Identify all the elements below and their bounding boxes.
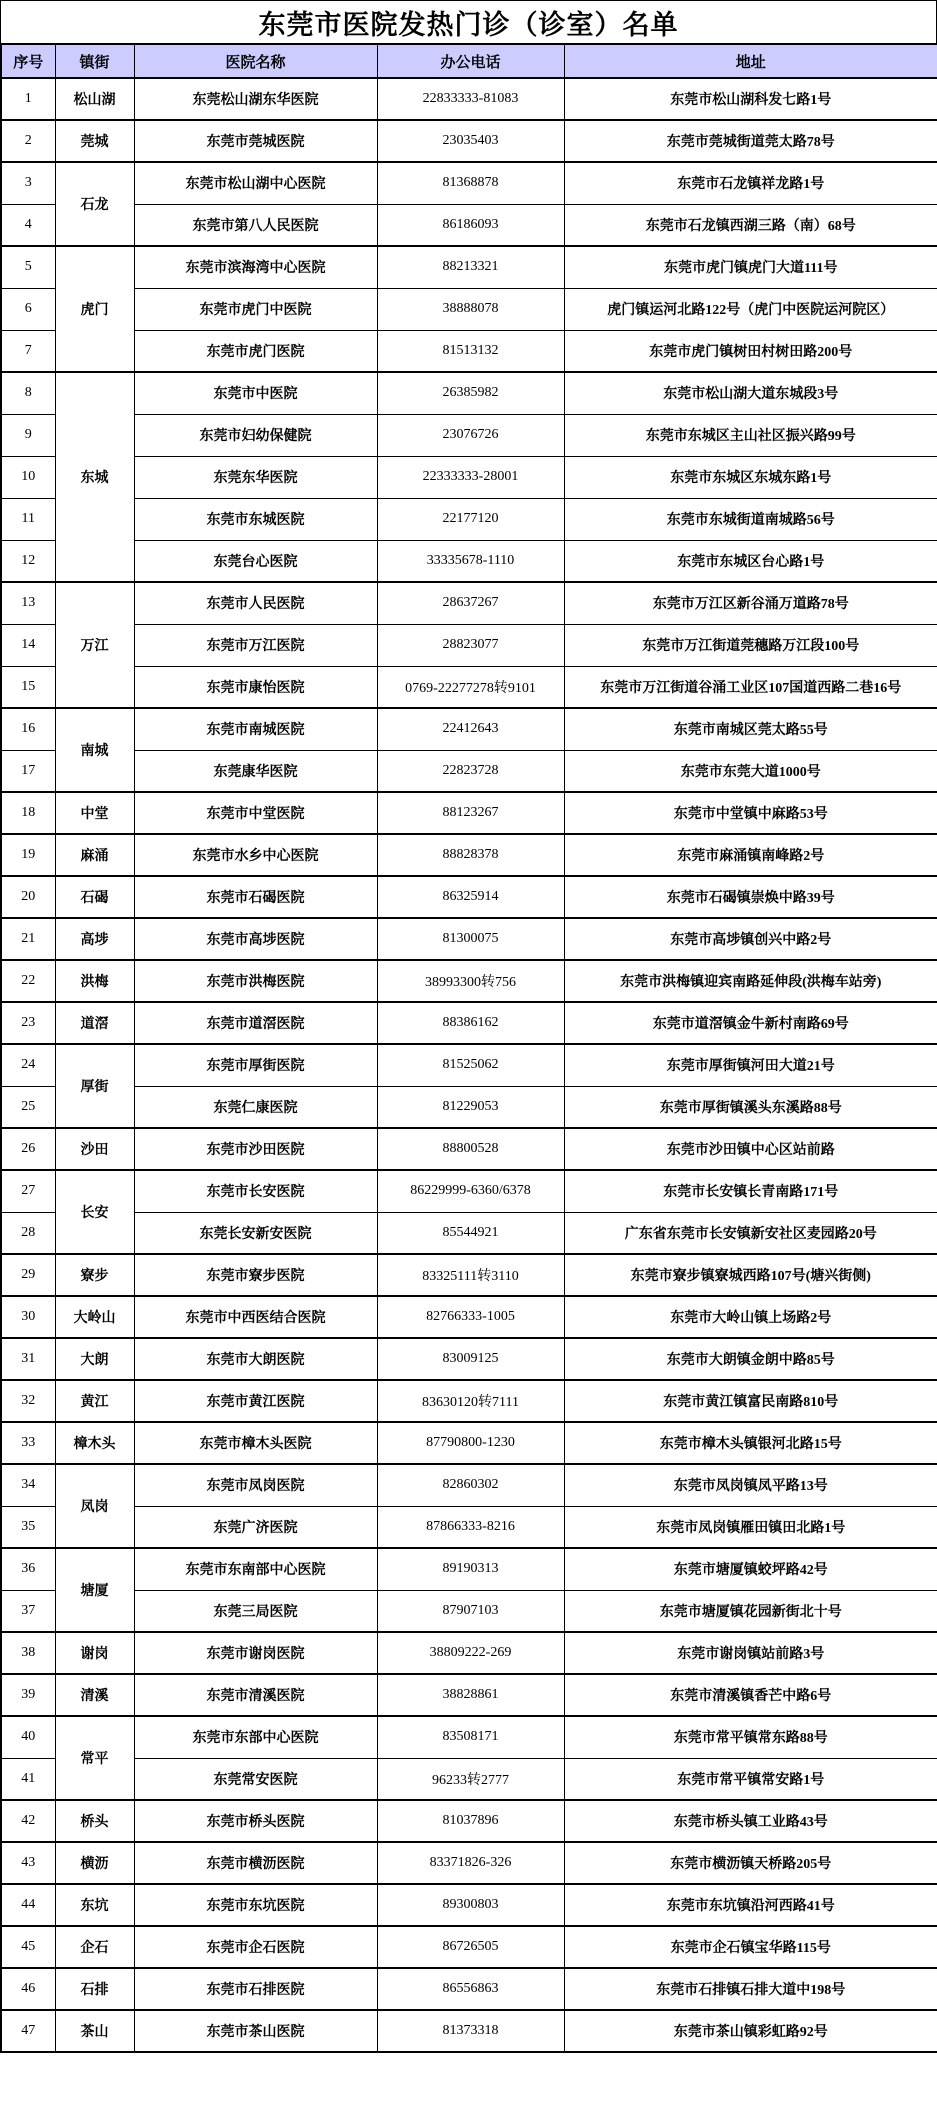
table-row: 25东莞仁康医院81229053东莞市厚街镇溪头东溪路88号 (1, 1086, 937, 1128)
table-row: 45企石东莞市企石医院86726505东莞市企石镇宝华路115号 (1, 1926, 937, 1968)
address-cell: 东莞市东城区台心路1号 (564, 540, 937, 582)
phone-cell: 22833333-81083 (377, 78, 564, 120)
hospital-name-cell: 东莞市谢岗医院 (134, 1632, 377, 1674)
table-row: 29寮步东莞市寮步医院83325111转3110东莞市寮步镇寮城西路107号(塘… (1, 1254, 937, 1296)
address-cell: 东莞市樟木头镇银河北路15号 (564, 1422, 937, 1464)
table-row: 15东莞市康怡医院0769-22277278转9101东莞市万江街道谷涌工业区1… (1, 666, 937, 708)
town-cell: 桥头 (55, 1800, 134, 1842)
phone-cell: 87907103 (377, 1590, 564, 1632)
row-number-cell: 28 (1, 1212, 55, 1254)
phone-cell: 22177120 (377, 498, 564, 540)
phone-cell: 81373318 (377, 2010, 564, 2052)
phone-cell: 86556863 (377, 1968, 564, 2010)
phone-cell: 87866333-8216 (377, 1506, 564, 1548)
hospital-name-cell: 东莞市康怡医院 (134, 666, 377, 708)
row-number-cell: 35 (1, 1506, 55, 1548)
table-row: 31大朗东莞市大朗医院83009125东莞市大朗镇金朗中路85号 (1, 1338, 937, 1380)
address-cell: 东莞市石排镇石排大道中198号 (564, 1968, 937, 2010)
row-number-cell: 34 (1, 1464, 55, 1506)
hospital-name-cell: 东莞市凤岗医院 (134, 1464, 377, 1506)
row-number-cell: 8 (1, 372, 55, 414)
address-cell: 东莞市厚街镇溪头东溪路88号 (564, 1086, 937, 1128)
phone-cell: 88828378 (377, 834, 564, 876)
phone-cell: 23076726 (377, 414, 564, 456)
row-number-cell: 42 (1, 1800, 55, 1842)
address-cell: 东莞市沙田镇中心区站前路 (564, 1128, 937, 1170)
hospital-name-cell: 东莞市长安医院 (134, 1170, 377, 1212)
page-title: 东莞市医院发热门诊（诊室）名单 (0, 0, 937, 43)
hospital-name-cell: 东莞市东部中心医院 (134, 1716, 377, 1758)
phone-cell: 33335678-1110 (377, 540, 564, 582)
phone-cell: 22333333-28001 (377, 456, 564, 498)
row-number-cell: 44 (1, 1884, 55, 1926)
address-cell: 东莞市松山湖科发七路1号 (564, 78, 937, 120)
row-number-cell: 2 (1, 120, 55, 162)
address-cell: 东莞市东莞大道1000号 (564, 750, 937, 792)
hospital-name-cell: 东莞市樟木头医院 (134, 1422, 377, 1464)
table-row: 24厚街东莞市厚街医院81525062东莞市厚街镇河田大道21号 (1, 1044, 937, 1086)
hospital-name-cell: 东莞市清溪医院 (134, 1674, 377, 1716)
row-number-cell: 41 (1, 1758, 55, 1800)
hospital-name-cell: 东莞市水乡中心医院 (134, 834, 377, 876)
row-number-cell: 23 (1, 1002, 55, 1044)
hospital-name-cell: 东莞松山湖东华医院 (134, 78, 377, 120)
hospital-name-cell: 东莞市厚街医院 (134, 1044, 377, 1086)
hospital-name-cell: 东莞市东城医院 (134, 498, 377, 540)
row-number-cell: 31 (1, 1338, 55, 1380)
table-row: 46石排东莞市石排医院86556863东莞市石排镇石排大道中198号 (1, 1968, 937, 2010)
address-cell: 东莞市大朗镇金朗中路85号 (564, 1338, 937, 1380)
town-cell: 东城 (55, 372, 134, 582)
phone-cell: 83009125 (377, 1338, 564, 1380)
table-row: 11东莞市东城医院22177120东莞市东城街道南城路56号 (1, 498, 937, 540)
column-header-address: 地址 (564, 44, 937, 78)
address-cell: 东莞市麻涌镇南峰路2号 (564, 834, 937, 876)
town-cell: 大岭山 (55, 1296, 134, 1338)
table-row: 44东坑东莞市东坑医院89300803东莞市东坑镇沿河西路41号 (1, 1884, 937, 1926)
hospital-name-cell: 东莞市虎门医院 (134, 330, 377, 372)
address-cell: 东莞市万江街道莞穗路万江段100号 (564, 624, 937, 666)
row-number-cell: 25 (1, 1086, 55, 1128)
phone-cell: 88800528 (377, 1128, 564, 1170)
address-cell: 东莞市高埗镇创兴中路2号 (564, 918, 937, 960)
address-cell: 东莞市茶山镇彩虹路92号 (564, 2010, 937, 2052)
phone-cell: 26385982 (377, 372, 564, 414)
row-number-cell: 37 (1, 1590, 55, 1632)
phone-cell: 28823077 (377, 624, 564, 666)
phone-cell: 81525062 (377, 1044, 564, 1086)
table-row: 5虎门东莞市滨海湾中心医院88213321东莞市虎门镇虎门大道111号 (1, 246, 937, 288)
row-number-cell: 14 (1, 624, 55, 666)
phone-cell: 82766333-1005 (377, 1296, 564, 1338)
row-number-cell: 32 (1, 1380, 55, 1422)
hospital-name-cell: 东莞市大朗医院 (134, 1338, 377, 1380)
row-number-cell: 7 (1, 330, 55, 372)
hospital-name-cell: 东莞市中堂医院 (134, 792, 377, 834)
address-cell: 东莞市万江区新谷涌万道路78号 (564, 582, 937, 624)
hospital-name-cell: 东莞市虎门中医院 (134, 288, 377, 330)
town-cell: 常平 (55, 1716, 134, 1800)
town-cell: 中堂 (55, 792, 134, 834)
town-cell: 厚街 (55, 1044, 134, 1128)
table-row: 1松山湖东莞松山湖东华医院22833333-81083东莞市松山湖科发七路1号 (1, 78, 937, 120)
address-cell: 东莞市横沥镇天桥路205号 (564, 1842, 937, 1884)
town-cell: 黄江 (55, 1380, 134, 1422)
address-cell: 东莞市凤岗镇凤平路13号 (564, 1464, 937, 1506)
hospital-name-cell: 东莞长安新安医院 (134, 1212, 377, 1254)
table-row: 36塘厦东莞市东南部中心医院89190313东莞市塘厦镇蛟坪路42号 (1, 1548, 937, 1590)
phone-cell: 89300803 (377, 1884, 564, 1926)
row-number-cell: 17 (1, 750, 55, 792)
table-row: 21高埗东莞市高埗医院81300075东莞市高埗镇创兴中路2号 (1, 918, 937, 960)
table-header-row: 序号镇街医院名称办公电话地址 (1, 44, 937, 78)
town-cell: 樟木头 (55, 1422, 134, 1464)
row-number-cell: 43 (1, 1842, 55, 1884)
row-number-cell: 30 (1, 1296, 55, 1338)
phone-cell: 81368878 (377, 162, 564, 204)
town-cell: 茶山 (55, 2010, 134, 2052)
row-number-cell: 13 (1, 582, 55, 624)
phone-cell: 83371826-326 (377, 1842, 564, 1884)
table-row: 43横沥东莞市横沥医院83371826-326东莞市横沥镇天桥路205号 (1, 1842, 937, 1884)
table-row: 28东莞长安新安医院85544921广东省东莞市长安镇新安社区麦园路20号 (1, 1212, 937, 1254)
row-number-cell: 46 (1, 1968, 55, 2010)
address-cell: 东莞市东坑镇沿河西路41号 (564, 1884, 937, 1926)
table-row: 13万江东莞市人民医院28637267东莞市万江区新谷涌万道路78号 (1, 582, 937, 624)
address-cell: 东莞市企石镇宝华路115号 (564, 1926, 937, 1968)
address-cell: 东莞市中堂镇中麻路53号 (564, 792, 937, 834)
town-cell: 清溪 (55, 1674, 134, 1716)
address-cell: 东莞市桥头镇工业路43号 (564, 1800, 937, 1842)
phone-cell: 85544921 (377, 1212, 564, 1254)
table-row: 39清溪东莞市清溪医院38828861东莞市清溪镇香芒中路6号 (1, 1674, 937, 1716)
row-number-cell: 45 (1, 1926, 55, 1968)
address-cell: 东莞市东城区主山社区振兴路99号 (564, 414, 937, 456)
hospital-name-cell: 东莞市石碣医院 (134, 876, 377, 918)
town-cell: 麻涌 (55, 834, 134, 876)
phone-cell: 86325914 (377, 876, 564, 918)
address-cell: 东莞市厚街镇河田大道21号 (564, 1044, 937, 1086)
phone-cell: 96233转2777 (377, 1758, 564, 1800)
phone-cell: 83325111转3110 (377, 1254, 564, 1296)
row-number-cell: 18 (1, 792, 55, 834)
row-number-cell: 38 (1, 1632, 55, 1674)
table-row: 42桥头东莞市桥头医院81037896东莞市桥头镇工业路43号 (1, 1800, 937, 1842)
row-number-cell: 26 (1, 1128, 55, 1170)
phone-cell: 88123267 (377, 792, 564, 834)
row-number-cell: 10 (1, 456, 55, 498)
hospital-name-cell: 东莞台心医院 (134, 540, 377, 582)
address-cell: 东莞市万江街道谷涌工业区107国道西路二巷16号 (564, 666, 937, 708)
phone-cell: 83508171 (377, 1716, 564, 1758)
row-number-cell: 39 (1, 1674, 55, 1716)
address-cell: 东莞市塘厦镇花园新街北十号 (564, 1590, 937, 1632)
row-number-cell: 21 (1, 918, 55, 960)
phone-cell: 28637267 (377, 582, 564, 624)
row-number-cell: 15 (1, 666, 55, 708)
table-row: 6东莞市虎门中医院38888078虎门镇运河北路122号（虎门中医院运河院区） (1, 288, 937, 330)
row-number-cell: 5 (1, 246, 55, 288)
phone-cell: 22823728 (377, 750, 564, 792)
row-number-cell: 11 (1, 498, 55, 540)
table-row: 4东莞市第八人民医院86186093东莞市石龙镇西湖三路（南）68号 (1, 204, 937, 246)
town-cell: 长安 (55, 1170, 134, 1254)
table-row: 12东莞台心医院33335678-1110东莞市东城区台心路1号 (1, 540, 937, 582)
address-cell: 东莞市寮步镇寮城西路107号(塘兴街侧) (564, 1254, 937, 1296)
table-row: 19麻涌东莞市水乡中心医院88828378东莞市麻涌镇南峰路2号 (1, 834, 937, 876)
hospital-name-cell: 东莞市横沥医院 (134, 1842, 377, 1884)
town-cell: 南城 (55, 708, 134, 792)
table-row: 16南城东莞市南城医院22412643东莞市南城区莞太路55号 (1, 708, 937, 750)
address-cell: 东莞市东城街道南城路56号 (564, 498, 937, 540)
phone-cell: 81229053 (377, 1086, 564, 1128)
town-cell: 寮步 (55, 1254, 134, 1296)
hospital-name-cell: 东莞市桥头医院 (134, 1800, 377, 1842)
table-row: 35东莞广济医院87866333-8216东莞市凤岗镇雁田镇田北路1号 (1, 1506, 937, 1548)
address-cell: 东莞市黄江镇富民南路810号 (564, 1380, 937, 1422)
table-row: 32黄江东莞市黄江医院83630120转7111东莞市黄江镇富民南路810号 (1, 1380, 937, 1422)
row-number-cell: 22 (1, 960, 55, 1002)
table-row: 8东城东莞市中医院26385982东莞市松山湖大道东城段3号 (1, 372, 937, 414)
fever-clinic-sheet: 东莞市医院发热门诊（诊室）名单 序号镇街医院名称办公电话地址 1松山湖东莞松山湖… (0, 0, 937, 2053)
column-header-town: 镇街 (55, 44, 134, 78)
town-cell: 虎门 (55, 246, 134, 372)
phone-cell: 86186093 (377, 204, 564, 246)
phone-cell: 22412643 (377, 708, 564, 750)
town-cell: 道滘 (55, 1002, 134, 1044)
hospital-name-cell: 东莞市东坑医院 (134, 1884, 377, 1926)
table-row: 23道滘东莞市道滘医院88386162东莞市道滘镇金牛新村南路69号 (1, 1002, 937, 1044)
address-cell: 东莞市虎门镇虎门大道111号 (564, 246, 937, 288)
hospital-name-cell: 东莞市人民医院 (134, 582, 377, 624)
row-number-cell: 27 (1, 1170, 55, 1212)
table-row: 37东莞三局医院87907103东莞市塘厦镇花园新街北十号 (1, 1590, 937, 1632)
row-number-cell: 36 (1, 1548, 55, 1590)
row-number-cell: 33 (1, 1422, 55, 1464)
table-row: 27长安东莞市长安医院86229999-6360/6378东莞市长安镇长青南路1… (1, 1170, 937, 1212)
hospital-name-cell: 东莞市万江医院 (134, 624, 377, 666)
hospital-name-cell: 东莞市沙田医院 (134, 1128, 377, 1170)
hospital-name-cell: 东莞广济医院 (134, 1506, 377, 1548)
hospital-name-cell: 东莞市企石医院 (134, 1926, 377, 1968)
town-cell: 万江 (55, 582, 134, 708)
table-row: 3石龙东莞市松山湖中心医院81368878东莞市石龙镇祥龙路1号 (1, 162, 937, 204)
town-cell: 企石 (55, 1926, 134, 1968)
town-cell: 塘厦 (55, 1548, 134, 1632)
table-header-row: 序号镇街医院名称办公电话地址 (1, 44, 937, 78)
hospital-name-cell: 东莞市道滘医院 (134, 1002, 377, 1044)
row-number-cell: 3 (1, 162, 55, 204)
row-number-cell: 4 (1, 204, 55, 246)
table-row: 14东莞市万江医院28823077东莞市万江街道莞穗路万江段100号 (1, 624, 937, 666)
town-cell: 东坑 (55, 1884, 134, 1926)
table-row: 9东莞市妇幼保健院23076726东莞市东城区主山社区振兴路99号 (1, 414, 937, 456)
phone-cell: 38828861 (377, 1674, 564, 1716)
hospital-name-cell: 东莞市莞城医院 (134, 120, 377, 162)
column-header-hospital: 医院名称 (134, 44, 377, 78)
address-cell: 东莞市虎门镇树田村树田路200号 (564, 330, 937, 372)
row-number-cell: 12 (1, 540, 55, 582)
hospital-name-cell: 东莞市妇幼保健院 (134, 414, 377, 456)
row-number-cell: 1 (1, 78, 55, 120)
phone-cell: 38809222-269 (377, 1632, 564, 1674)
hospital-name-cell: 东莞市松山湖中心医院 (134, 162, 377, 204)
hospital-name-cell: 东莞市东南部中心医院 (134, 1548, 377, 1590)
table-row: 30大岭山东莞市中西医结合医院82766333-1005东莞市大岭山镇上场路2号 (1, 1296, 937, 1338)
town-cell: 莞城 (55, 120, 134, 162)
address-cell: 东莞市道滘镇金牛新村南路69号 (564, 1002, 937, 1044)
town-cell: 松山湖 (55, 78, 134, 120)
town-cell: 横沥 (55, 1842, 134, 1884)
table-row: 47茶山东莞市茶山医院81373318东莞市茶山镇彩虹路92号 (1, 2010, 937, 2052)
phone-cell: 86229999-6360/6378 (377, 1170, 564, 1212)
row-number-cell: 40 (1, 1716, 55, 1758)
town-cell: 洪梅 (55, 960, 134, 1002)
address-cell: 东莞市石龙镇西湖三路（南）68号 (564, 204, 937, 246)
hospital-name-cell: 东莞东华医院 (134, 456, 377, 498)
row-number-cell: 47 (1, 2010, 55, 2052)
hospital-name-cell: 东莞三局医院 (134, 1590, 377, 1632)
address-cell: 东莞市常平镇常东路88号 (564, 1716, 937, 1758)
town-cell: 谢岗 (55, 1632, 134, 1674)
hospital-name-cell: 东莞市石排医院 (134, 1968, 377, 2010)
hospital-name-cell: 东莞市黄江医院 (134, 1380, 377, 1422)
row-number-cell: 24 (1, 1044, 55, 1086)
address-cell: 广东省东莞市长安镇新安社区麦园路20号 (564, 1212, 937, 1254)
hospital-name-cell: 东莞市洪梅医院 (134, 960, 377, 1002)
address-cell: 东莞市塘厦镇蛟坪路42号 (564, 1548, 937, 1590)
row-number-cell: 20 (1, 876, 55, 918)
address-cell: 东莞市谢岗镇站前路3号 (564, 1632, 937, 1674)
table-row: 22洪梅东莞市洪梅医院38993300转756东莞市洪梅镇迎宾南路延伸段(洪梅车… (1, 960, 937, 1002)
address-cell: 东莞市洪梅镇迎宾南路延伸段(洪梅车站旁) (564, 960, 937, 1002)
table-body: 1松山湖东莞松山湖东华医院22833333-81083东莞市松山湖科发七路1号2… (1, 78, 937, 2052)
phone-cell: 23035403 (377, 120, 564, 162)
hospital-name-cell: 东莞仁康医院 (134, 1086, 377, 1128)
phone-cell: 88386162 (377, 1002, 564, 1044)
hospital-name-cell: 东莞市中西医结合医院 (134, 1296, 377, 1338)
row-number-cell: 19 (1, 834, 55, 876)
phone-cell: 81037896 (377, 1800, 564, 1842)
address-cell: 东莞市清溪镇香芒中路6号 (564, 1674, 937, 1716)
address-cell: 东莞市南城区莞太路55号 (564, 708, 937, 750)
address-cell: 东莞市大岭山镇上场路2号 (564, 1296, 937, 1338)
address-cell: 虎门镇运河北路122号（虎门中医院运河院区） (564, 288, 937, 330)
table-row: 26沙田东莞市沙田医院88800528东莞市沙田镇中心区站前路 (1, 1128, 937, 1170)
phone-cell: 38888078 (377, 288, 564, 330)
row-number-cell: 6 (1, 288, 55, 330)
hospital-name-cell: 东莞常安医院 (134, 1758, 377, 1800)
row-number-cell: 29 (1, 1254, 55, 1296)
table-row: 18中堂东莞市中堂医院88123267东莞市中堂镇中麻路53号 (1, 792, 937, 834)
table-row: 17东莞康华医院22823728东莞市东莞大道1000号 (1, 750, 937, 792)
table-row: 38谢岗东莞市谢岗医院38809222-269东莞市谢岗镇站前路3号 (1, 1632, 937, 1674)
table-row: 20石碣东莞市石碣医院86325914东莞市石碣镇崇焕中路39号 (1, 876, 937, 918)
address-cell: 东莞市东城区东城东路1号 (564, 456, 937, 498)
hospital-name-cell: 东莞市南城医院 (134, 708, 377, 750)
table-row: 10东莞东华医院22333333-28001东莞市东城区东城东路1号 (1, 456, 937, 498)
phone-cell: 88213321 (377, 246, 564, 288)
table-row: 2莞城东莞市莞城医院23035403东莞市莞城街道莞太路78号 (1, 120, 937, 162)
column-header-phone: 办公电话 (377, 44, 564, 78)
phone-cell: 38993300转756 (377, 960, 564, 1002)
table-row: 40常平东莞市东部中心医院83508171东莞市常平镇常东路88号 (1, 1716, 937, 1758)
row-number-cell: 9 (1, 414, 55, 456)
table-row: 33樟木头东莞市樟木头医院87790800-1230东莞市樟木头镇银河北路15号 (1, 1422, 937, 1464)
phone-cell: 81513132 (377, 330, 564, 372)
phone-cell: 86726505 (377, 1926, 564, 1968)
hospital-name-cell: 东莞市第八人民医院 (134, 204, 377, 246)
address-cell: 东莞市常平镇常安路1号 (564, 1758, 937, 1800)
address-cell: 东莞市石碣镇崇焕中路39号 (564, 876, 937, 918)
address-cell: 东莞市长安镇长青南路171号 (564, 1170, 937, 1212)
phone-cell: 81300075 (377, 918, 564, 960)
town-cell: 大朗 (55, 1338, 134, 1380)
address-cell: 东莞市莞城街道莞太路78号 (564, 120, 937, 162)
address-cell: 东莞市石龙镇祥龙路1号 (564, 162, 937, 204)
town-cell: 沙田 (55, 1128, 134, 1170)
table-row: 7东莞市虎门医院81513132东莞市虎门镇树田村树田路200号 (1, 330, 937, 372)
column-header-no: 序号 (1, 44, 55, 78)
hospital-name-cell: 东莞市茶山医院 (134, 2010, 377, 2052)
hospital-name-cell: 东莞康华医院 (134, 750, 377, 792)
phone-cell: 82860302 (377, 1464, 564, 1506)
town-cell: 石排 (55, 1968, 134, 2010)
town-cell: 石龙 (55, 162, 134, 246)
town-cell: 凤岗 (55, 1464, 134, 1548)
row-number-cell: 16 (1, 708, 55, 750)
town-cell: 石碣 (55, 876, 134, 918)
phone-cell: 89190313 (377, 1548, 564, 1590)
address-cell: 东莞市凤岗镇雁田镇田北路1号 (564, 1506, 937, 1548)
hospital-table: 序号镇街医院名称办公电话地址 1松山湖东莞松山湖东华医院22833333-810… (0, 43, 937, 2053)
hospital-name-cell: 东莞市高埗医院 (134, 918, 377, 960)
hospital-name-cell: 东莞市滨海湾中心医院 (134, 246, 377, 288)
phone-cell: 87790800-1230 (377, 1422, 564, 1464)
hospital-name-cell: 东莞市寮步医院 (134, 1254, 377, 1296)
hospital-name-cell: 东莞市中医院 (134, 372, 377, 414)
phone-cell: 0769-22277278转9101 (377, 666, 564, 708)
table-row: 41东莞常安医院96233转2777东莞市常平镇常安路1号 (1, 1758, 937, 1800)
phone-cell: 83630120转7111 (377, 1380, 564, 1422)
table-row: 34凤岗东莞市凤岗医院82860302东莞市凤岗镇凤平路13号 (1, 1464, 937, 1506)
address-cell: 东莞市松山湖大道东城段3号 (564, 372, 937, 414)
town-cell: 高埗 (55, 918, 134, 960)
